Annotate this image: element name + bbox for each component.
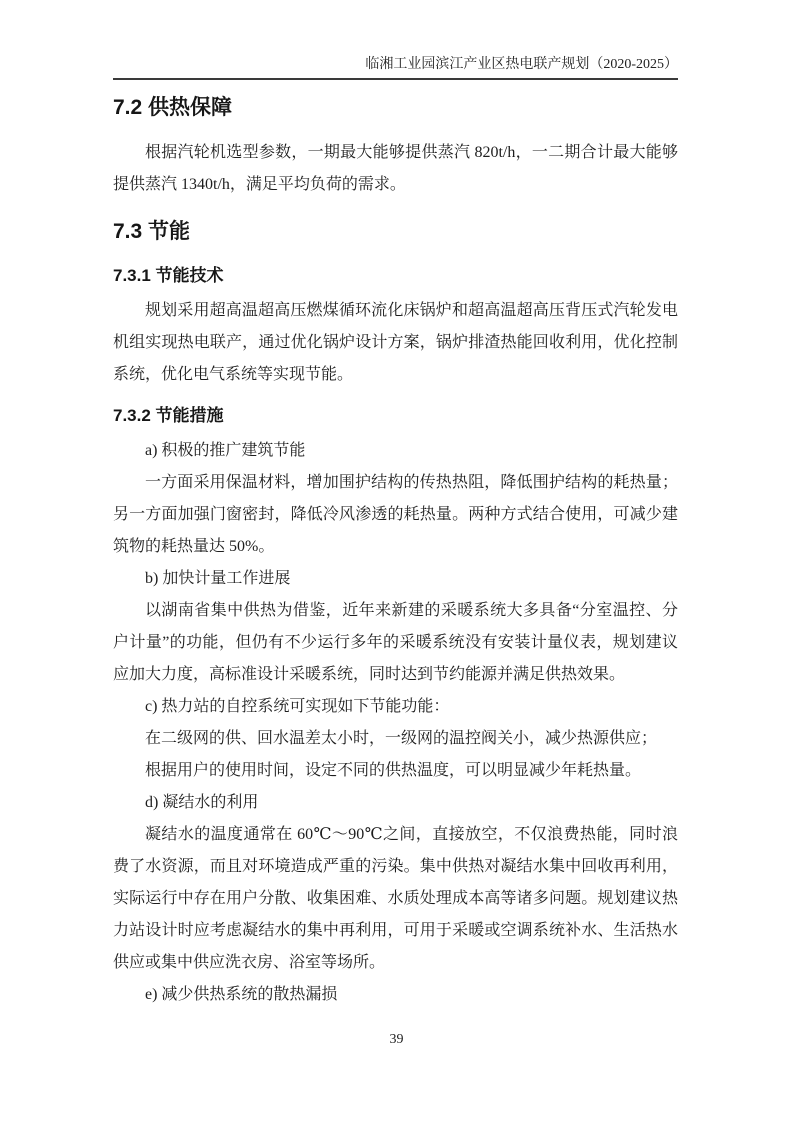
section-title-7-2: 7.2 供热保障 — [113, 95, 678, 121]
paragraph-7-3-1: 规划采用超高温超高压燃煤循环流化床锅炉和超高温超高压背压式汽轮发电机组实现热电联… — [113, 295, 678, 391]
list-item-a: a) 积极的推广建筑节能 一方面采用保温材料，增加围护结构的传热热阻，降低围护结… — [113, 435, 678, 563]
list-item-c: c) 热力站的自控系统可实现如下节能功能： 在二级网的供、回水温差太小时，一级网… — [113, 691, 678, 787]
list-item-b: b) 加快计量工作进展 以湖南省集中供热为借鉴，近年来新建的采暖系统大多具备“分… — [113, 563, 678, 691]
paragraph-7-2: 根据汽轮机选型参数，一期最大能够提供蒸汽 820t/h，一二期合计最大能够提供蒸… — [113, 137, 678, 201]
list-item-e: e) 减少供热系统的散热漏损 — [113, 979, 678, 1011]
item-label-e: e) 减少供热系统的散热漏损 — [145, 979, 678, 1011]
list-item-d: d) 凝结水的利用 凝结水的温度通常在 60℃～90℃之间，直接放空，不仅浪费热… — [113, 787, 678, 979]
item-paragraph-c-2: 根据用户的使用时间，设定不同的供热温度，可以明显减少年耗热量。 — [113, 755, 678, 787]
section-title-7-3: 7.3 节能 — [113, 219, 678, 245]
item-paragraph-d-1: 凝结水的温度通常在 60℃～90℃之间，直接放空，不仅浪费热能，同时浪费了水资源… — [113, 819, 678, 979]
item-label-a: a) 积极的推广建筑节能 — [145, 435, 678, 467]
item-paragraph-a-1: 一方面采用保温材料，增加围护结构的传热热阻，降低围护结构的耗热量；另一方面加强门… — [113, 467, 678, 563]
page-header-title: 临湘工业园滨江产业区热电联产规划（2020-2025） — [365, 57, 678, 72]
item-label-b: b) 加快计量工作进展 — [145, 563, 678, 595]
item-paragraph-b-1: 以湖南省集中供热为借鉴，近年来新建的采暖系统大多具备“分室温控、分户计量”的功能… — [113, 595, 678, 691]
document-page: 临湘工业园滨江产业区热电联产规划（2020-2025） 7.2 供热保障 根据汽… — [0, 0, 793, 1122]
measure-list: a) 积极的推广建筑节能 一方面采用保温材料，增加围护结构的传热热阻，降低围护结… — [113, 435, 678, 1011]
item-label-d: d) 凝结水的利用 — [145, 787, 678, 819]
page-number: 39 — [0, 1032, 793, 1048]
item-paragraph-c-1: 在二级网的供、回水温差太小时，一级网的温控阀关小，减少热源供应； — [113, 723, 678, 755]
subsection-title-7-3-2: 7.3.2 节能措施 — [113, 405, 678, 427]
subsection-title-7-3-1: 7.3.1 节能技术 — [113, 265, 678, 287]
item-label-c: c) 热力站的自控系统可实现如下节能功能： — [145, 691, 678, 723]
page-header: 临湘工业园滨江产业区热电联产规划（2020-2025） — [113, 57, 678, 80]
